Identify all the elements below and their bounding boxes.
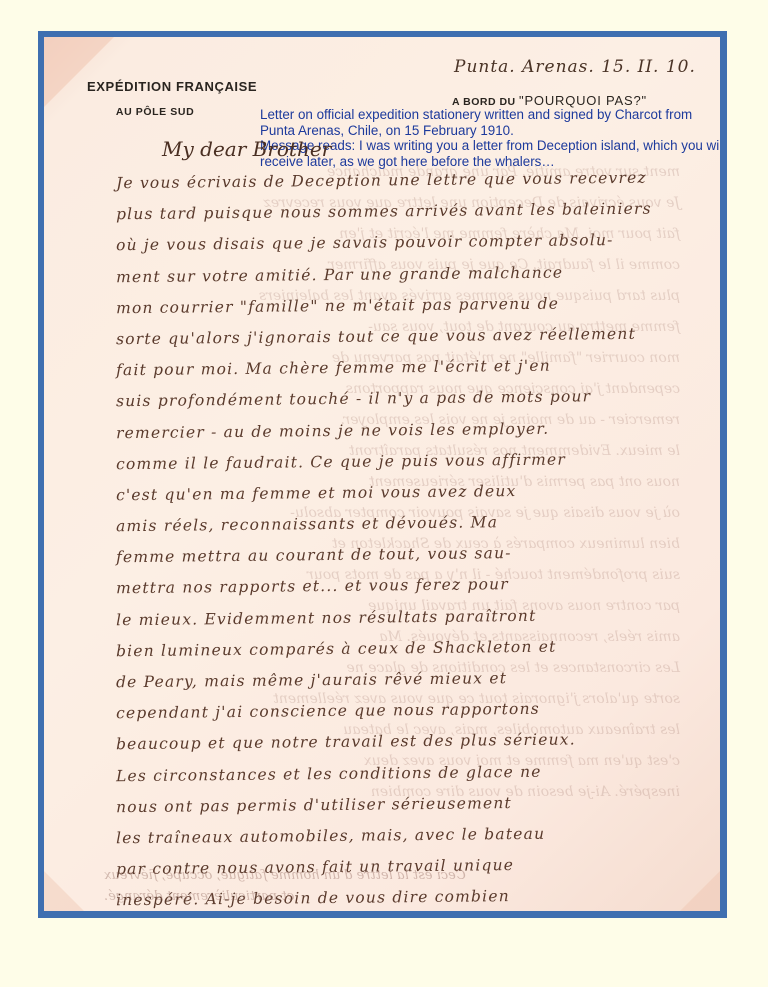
letterhead-ship: A BORD DU "POURQUOI PAS?" [452, 93, 647, 108]
blue-frame: ment sur votre amitié. Par une grande ma… [38, 31, 727, 918]
letter-body: Je vous écrivais de Deception une lettre… [116, 165, 720, 911]
letter-paper: ment sur votre amitié. Par une grande ma… [44, 37, 720, 911]
letterhead-expedition-title: EXPÉDITION FRANÇAISE [87, 80, 257, 93]
paper-stain-bottom-left [44, 871, 84, 911]
letter-greeting: My dear Brother [162, 137, 331, 161]
letterhead-ship-name: "POURQUOI PAS?" [519, 93, 647, 108]
handwritten-dateline: Punta. Arenas. 15. II. 10. [454, 57, 696, 77]
caption-description: Letter on official expedition stationery… [260, 107, 720, 138]
postscript-bleed-through: Ceci est la lettre d'un homme fatigué, o… [104, 865, 720, 907]
letterhead-expedition-subtitle: AU PÔLE SUD [53, 107, 257, 118]
letterhead-expedition: EXPÉDITION FRANÇAISE AU PÔLE SUD [87, 80, 257, 118]
